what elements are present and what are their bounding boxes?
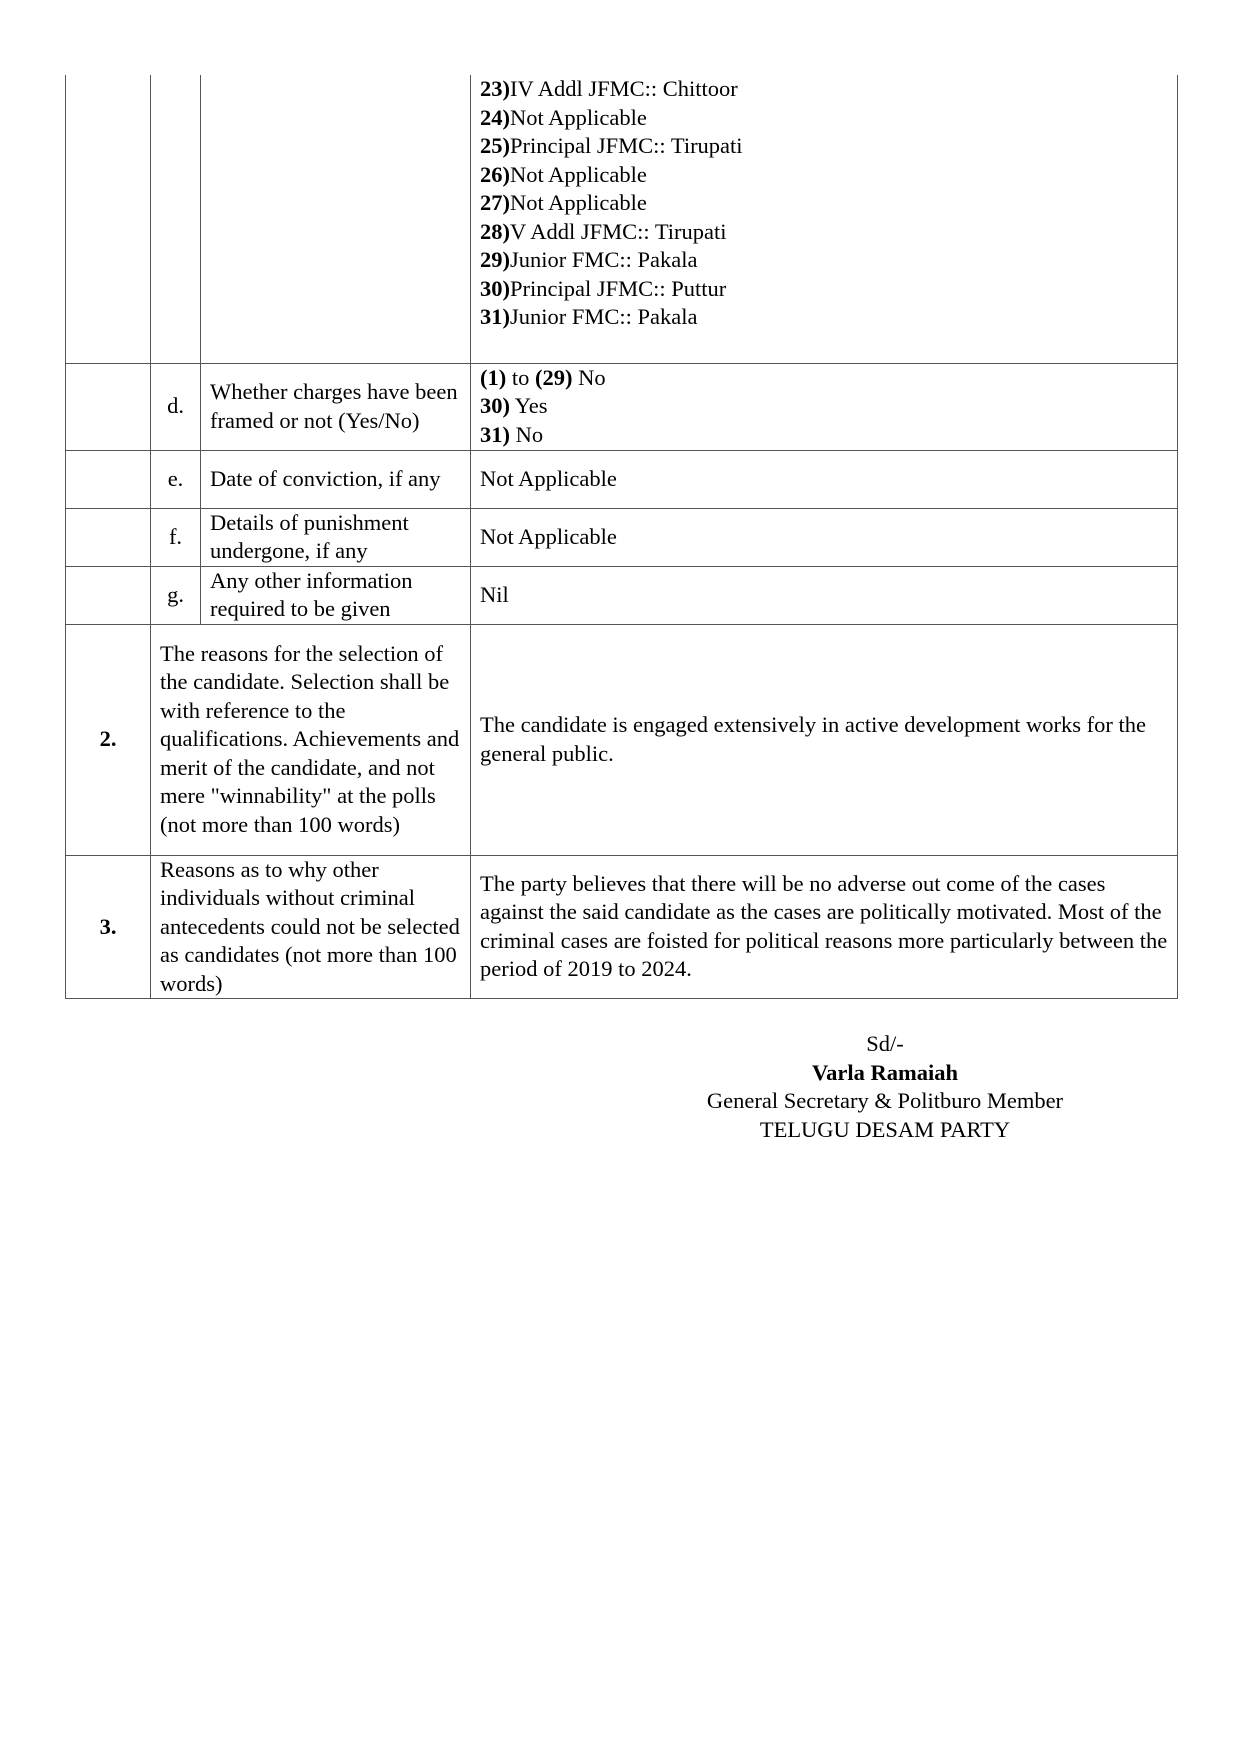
row-question: Any other information required to be giv… <box>201 566 471 624</box>
row-answer: Not Applicable <box>471 508 1178 566</box>
empty-cell <box>66 363 151 450</box>
row-answer: The candidate is engaged extensively in … <box>471 624 1178 855</box>
signatory-name: Varla Ramaiah <box>640 1059 1130 1088</box>
row-answer: The party believes that there will be no… <box>471 855 1178 999</box>
court-list-item: 25)Principal JFMC:: Tirupati <box>480 132 1168 161</box>
row-answer: Not Applicable <box>471 450 1178 508</box>
row-question: The reasons for the selection of the can… <box>151 624 471 855</box>
empty-cell <box>66 566 151 624</box>
table-row: f. Details of punishment undergone, if a… <box>66 508 1178 566</box>
row-letter: g. <box>151 566 201 624</box>
row-question: Reasons as to why other individuals with… <box>151 855 471 999</box>
table-row: d. Whether charges have been framed or n… <box>66 363 1178 450</box>
court-list-item: 31)Junior FMC:: Pakala <box>480 303 1168 332</box>
table-row: 3. Reasons as to why other individuals w… <box>66 855 1178 999</box>
charges-framed-answer: (1) to (29) No30) Yes31) No <box>471 363 1178 450</box>
row-letter: e. <box>151 450 201 508</box>
court-list-item: 30)Principal JFMC:: Puttur <box>480 275 1168 304</box>
signature-sd: Sd/- <box>640 1030 1130 1059</box>
answer-line: 30) Yes <box>480 392 1168 421</box>
criminal-antecedents-table: 23)IV Addl JFMC:: Chittoor24)Not Applica… <box>65 75 1178 999</box>
answer-line: (1) to (29) No <box>480 364 1168 393</box>
court-list-item: 24)Not Applicable <box>480 104 1168 133</box>
answer-line: 31) No <box>480 421 1168 450</box>
court-list-item: 23)IV Addl JFMC:: Chittoor <box>480 75 1168 104</box>
row-letter: d. <box>151 363 201 450</box>
row-question: Date of conviction, if any <box>201 450 471 508</box>
signature-block: Sd/- Varla Ramaiah General Secretary & P… <box>640 1030 1130 1144</box>
table-row: e. Date of conviction, if any Not Applic… <box>66 450 1178 508</box>
row-question: Whether charges have been framed or not … <box>201 363 471 450</box>
table-row: 2. The reasons for the selection of the … <box>66 624 1178 855</box>
table-row: g. Any other information required to be … <box>66 566 1178 624</box>
court-list-item: 29)Junior FMC:: Pakala <box>480 246 1168 275</box>
row-number: 3. <box>66 855 151 999</box>
court-list-item: 28)V Addl JFMC:: Tirupati <box>480 218 1168 247</box>
row-question: Details of punishment undergone, if any <box>201 508 471 566</box>
empty-cell <box>66 450 151 508</box>
table-row: 23)IV Addl JFMC:: Chittoor24)Not Applica… <box>66 75 1178 363</box>
row-letter: f. <box>151 508 201 566</box>
court-list-cell: 23)IV Addl JFMC:: Chittoor24)Not Applica… <box>471 75 1178 363</box>
row-answer: Nil <box>471 566 1178 624</box>
court-list-item: 27)Not Applicable <box>480 189 1168 218</box>
court-list-item: 26)Not Applicable <box>480 161 1168 190</box>
document-page: 23)IV Addl JFMC:: Chittoor24)Not Applica… <box>0 0 1241 1755</box>
empty-cell <box>66 75 151 363</box>
empty-cell <box>201 75 471 363</box>
empty-cell <box>151 75 201 363</box>
party-name: TELUGU DESAM PARTY <box>640 1116 1130 1145</box>
empty-cell <box>66 508 151 566</box>
row-number: 2. <box>66 624 151 855</box>
signatory-designation: General Secretary & Politburo Member <box>640 1087 1130 1116</box>
